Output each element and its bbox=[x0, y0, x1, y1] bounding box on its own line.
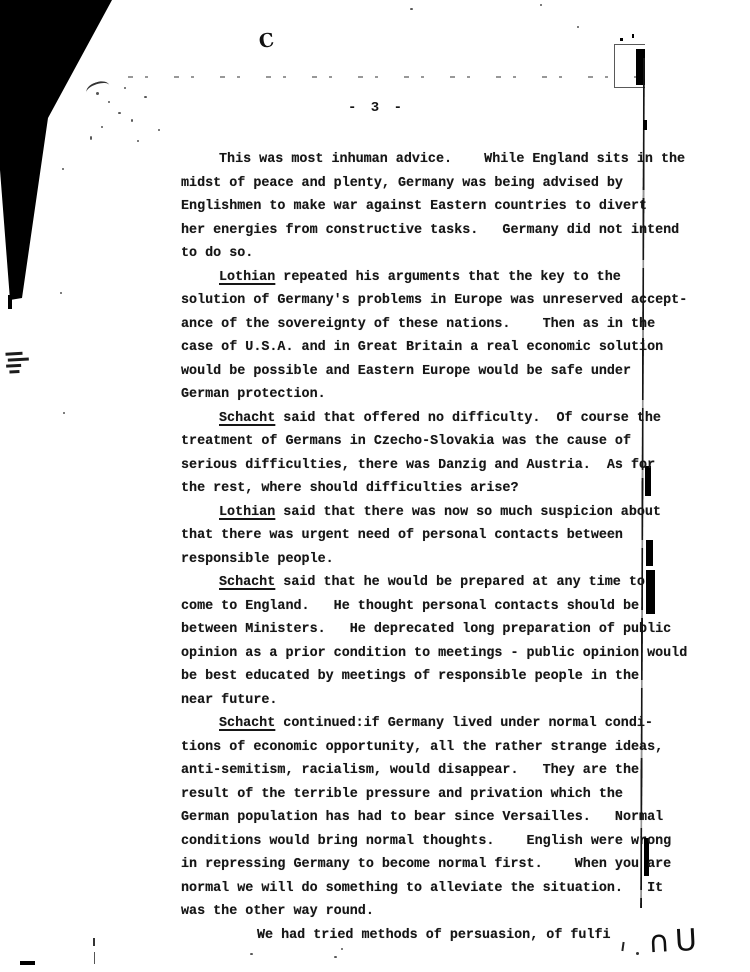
scan-edge-sliver bbox=[8, 295, 12, 309]
margin-smudge bbox=[5, 349, 32, 376]
text-line: Schacht said that offered no difficulty.… bbox=[181, 407, 686, 431]
text-line: her energies from constructive tasks. Ge… bbox=[181, 219, 686, 243]
text-line: German population has had to bear since … bbox=[181, 806, 686, 830]
text-line: ance of the sovereignty of these nations… bbox=[181, 313, 686, 337]
crease-ink-blob bbox=[643, 120, 647, 130]
text-line: in repressing Germany to become normal f… bbox=[181, 853, 686, 877]
text-line: was the other way round. bbox=[181, 900, 686, 924]
dust-speck bbox=[334, 956, 337, 958]
text-line: the rest, where should difficulties aris… bbox=[181, 477, 686, 501]
crease-tick bbox=[94, 952, 95, 964]
text-line: Schacht said that he would be prepared a… bbox=[181, 571, 686, 595]
text-line: serious difficulties, there was Danzig a… bbox=[181, 454, 686, 478]
text-line: Lothian said that there was now so much … bbox=[181, 501, 686, 525]
scan-edge-dash bbox=[20, 961, 35, 965]
pencil-stroke bbox=[84, 79, 111, 100]
text-line: conditions would bring normal thoughts. … bbox=[181, 830, 686, 854]
dust-speck bbox=[62, 168, 64, 170]
pencil-speck bbox=[101, 126, 103, 128]
text-line: Schacht continued:if Germany lived under… bbox=[181, 712, 686, 736]
handwritten-mark: ∩U bbox=[647, 923, 703, 961]
typed-text: This was most inhuman advice. While Engl… bbox=[181, 148, 686, 947]
dust-speck bbox=[410, 8, 413, 10]
pencil-speck bbox=[124, 87, 126, 89]
text-line: case of U.S.A. and in Great Britain a re… bbox=[181, 336, 686, 360]
dust-speck bbox=[341, 948, 343, 950]
ink-speck bbox=[620, 38, 623, 41]
text-line: near future. bbox=[181, 689, 686, 713]
pencil-speck bbox=[131, 119, 133, 122]
text-line: treatment of Germans in Czecho-Slovakia … bbox=[181, 430, 686, 454]
ink-speck bbox=[632, 34, 634, 38]
text-line: Lothian repeated his arguments that the … bbox=[181, 266, 686, 290]
dust-speck bbox=[63, 412, 65, 414]
text-line: normal we will do something to alleviate… bbox=[181, 877, 686, 901]
text-line: be best educated by meetings of responsi… bbox=[181, 665, 686, 689]
text-line: anti-semitism, racialism, would disappea… bbox=[181, 759, 686, 783]
dust-speck bbox=[60, 292, 62, 294]
text-line: come to England. He thought personal con… bbox=[181, 595, 686, 619]
pencil-speck bbox=[90, 136, 92, 140]
text-line: result of the terrible pressure and priv… bbox=[181, 783, 686, 807]
horizontal-crease-line bbox=[128, 76, 643, 78]
pencil-speck bbox=[144, 96, 147, 98]
text-line: between Ministers. He deprecated long pr… bbox=[181, 618, 686, 642]
crease-tick bbox=[93, 938, 95, 946]
scanned-page: C - 3 - This was most inhuman advice. Wh… bbox=[0, 0, 750, 972]
pencil-speck bbox=[108, 101, 110, 103]
pencil-speck bbox=[158, 129, 160, 131]
pencil-speck bbox=[118, 112, 121, 114]
page-number: - 3 - bbox=[348, 100, 405, 116]
text-line: to do so. bbox=[181, 242, 686, 266]
pencil-speck bbox=[96, 92, 99, 95]
annotation-c-mark: C bbox=[258, 29, 276, 53]
pencil-speck bbox=[137, 140, 139, 142]
text-line: would be possible and Eastern Europe wou… bbox=[181, 360, 686, 384]
text-line: German protection. bbox=[181, 383, 686, 407]
text-line: opinion as a prior condition to meetings… bbox=[181, 642, 686, 666]
text-line: midst of peace and plenty, Germany was b… bbox=[181, 172, 686, 196]
text-line: responsible people. bbox=[181, 548, 686, 572]
text-line: tions of economic opportunity, all the r… bbox=[181, 736, 686, 760]
text-line: This was most inhuman advice. While Engl… bbox=[181, 148, 686, 172]
dust-speck bbox=[250, 953, 253, 955]
pen-dot bbox=[636, 952, 639, 955]
text-line: We had tried methods of persuasion, of f… bbox=[181, 924, 686, 948]
scan-corner-artifact bbox=[0, 0, 160, 310]
dust-speck bbox=[540, 4, 542, 6]
text-line: that there was urgent need of personal c… bbox=[181, 524, 686, 548]
text-line: solution of Germany's problems in Europe… bbox=[181, 289, 686, 313]
text-line: Englishmen to make war against Eastern c… bbox=[181, 195, 686, 219]
dust-speck bbox=[577, 26, 579, 28]
